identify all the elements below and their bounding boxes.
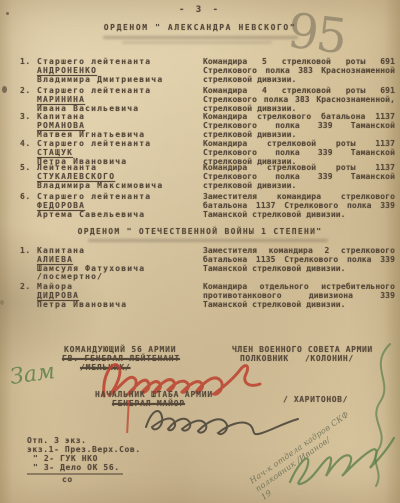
pencil-page-mark: 95: [285, 3, 348, 66]
cadre-signature-stroke: [290, 438, 394, 484]
entry-number: 1.: [20, 58, 31, 67]
entry-number: 4.: [20, 140, 31, 149]
distribution-divider: [27, 473, 123, 475]
entry-patronymic: Владимира Максимовича: [37, 182, 195, 191]
title-underline-smudge: [103, 36, 298, 39]
chief-dark-signature: [142, 397, 302, 441]
paper-speck: [2, 86, 7, 93]
entry-patronymic: Артема Савельевича: [37, 211, 195, 220]
entry-position: Командира стрелкового батальона 1137 Стр…: [203, 113, 395, 139]
entry-position: Командира 5 стрелковой роты 691 Стрелков…: [203, 58, 395, 84]
entry-number: 5.: [20, 164, 31, 173]
dark-signature-stroke: [146, 411, 298, 434]
section-title-otechestvennoy: ОРДЕНОМ " ОТЕЧЕСТВЕННОЙ ВОЙНЫ 1 СТЕПЕНИ": [0, 228, 400, 237]
entry-number: 2.: [20, 87, 31, 96]
entry-number: 1.: [20, 247, 31, 256]
red-correction-mark: [126, 400, 130, 433]
entry-posthumous-note: /посмертно/: [37, 273, 195, 282]
paper-speck: [0, 300, 4, 305]
distribution-footer: со: [62, 476, 73, 485]
zam-handwritten-note: Зам: [8, 359, 56, 390]
section-title-nevsky: ОРДЕНОМ " АЛЕКСАНДРА НЕВСКОГО": [0, 24, 400, 33]
entry-number: 3.: [20, 113, 31, 122]
entry-position: Командира стрелковой роты 1137 Стрелково…: [203, 164, 395, 190]
entry-number: 2.: [20, 283, 31, 292]
entry-position: Командира 4 стрелковой роты 691 Стрелков…: [203, 87, 395, 113]
title-underline-smudge2: [122, 41, 272, 44]
entry-position: Заместителя командира стрелкового баталь…: [203, 193, 395, 219]
entry-patronymic: Владимира Дмитриевича: [37, 76, 195, 85]
entry-position: Командира отдельного истребительного про…: [203, 283, 395, 309]
distribution-line-4: " 3- Дело ОК 56.: [33, 464, 120, 473]
cadre-officer-signature: [280, 420, 400, 495]
scanned-award-document: - 3 - 95 ОРДЕНОМ " АЛЕКСАНДРА НЕВСКОГО" …: [0, 0, 400, 503]
paper-speck: [6, 12, 9, 15]
entry-patronymic: Петра Ивановича: [37, 301, 195, 310]
title-underline-smudge3: [88, 239, 328, 242]
entry-position: Заместителя командира 2 стрелкового бата…: [203, 247, 395, 273]
entry-number: 6.: [20, 193, 31, 202]
